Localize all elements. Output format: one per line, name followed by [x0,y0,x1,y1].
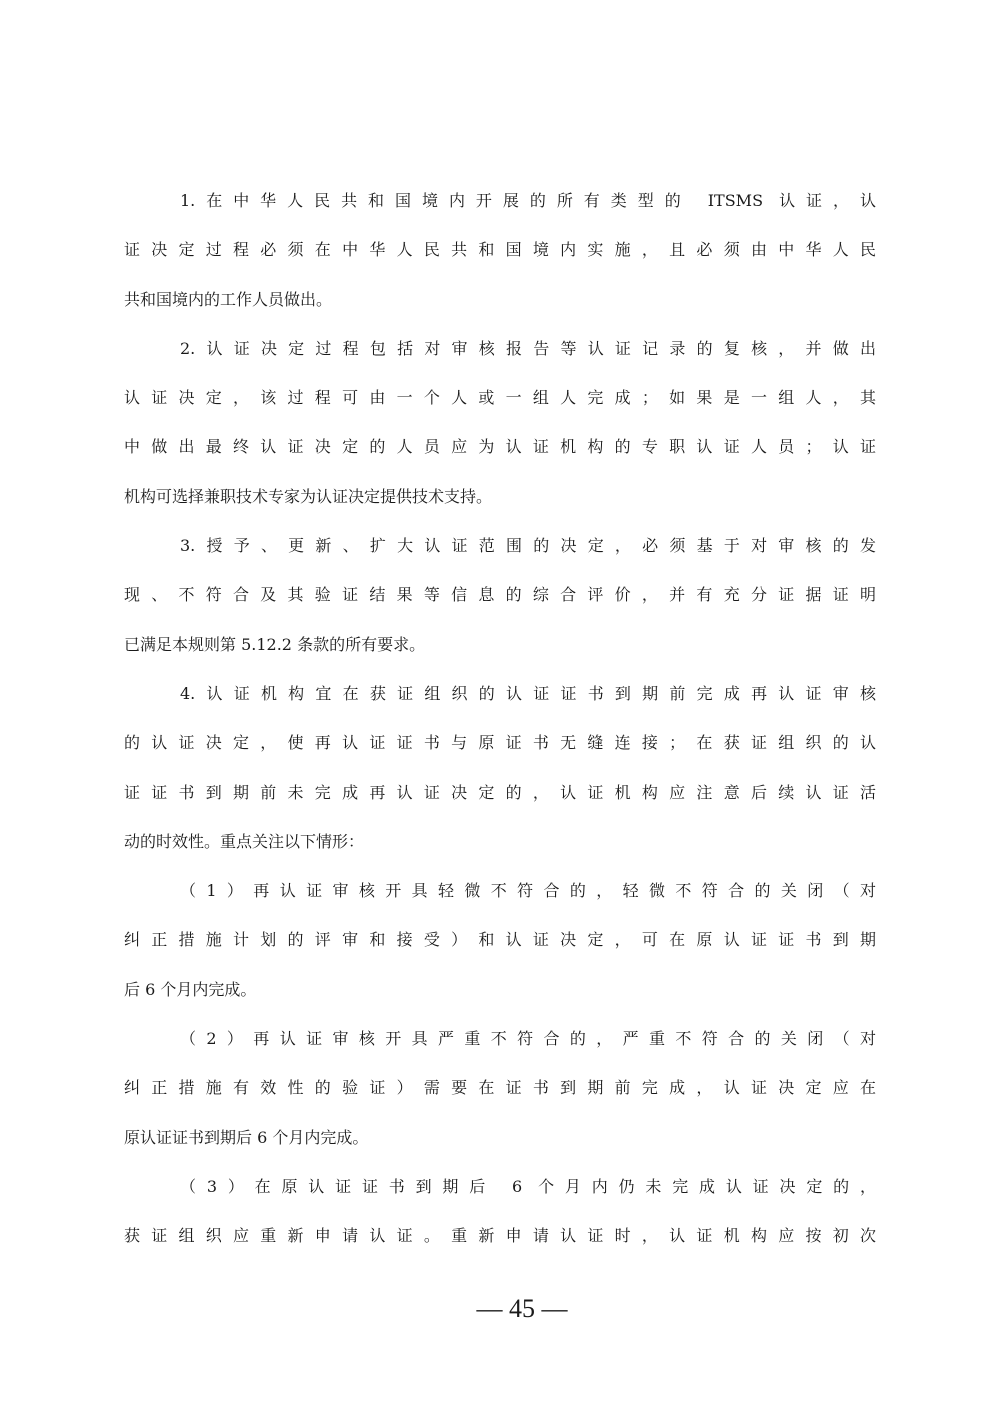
paragraph-4: 4.认证机构宜在获证组织的认证证书到期前完成再认证审核 的认证决定，使再认证证书… [124,669,876,866]
text-line: 的认证决定，使再认证证书与原证书无缝连接；在获证组织的认 [124,718,876,767]
paragraph-2: 2.认证决定过程包括对审核报告等认证记录的复核，并做出 认证决定，该过程可由一个… [124,324,876,521]
text-line: 2.认证决定过程包括对审核报告等认证记录的复核，并做出 [124,324,876,373]
text-line: 1.在中华人民共和国境内开展的所有类型的 ITSMS 认证，认 [124,176,876,225]
text-line: 4.认证机构宜在获证组织的认证证书到期前完成再认证审核 [124,669,876,718]
paragraph-3: 3.授予、更新、扩大认证范围的决定，必须基于对审核的发 现、不符合及其验证结果等… [124,521,876,669]
document-page: 1.在中华人民共和国境内开展的所有类型的 ITSMS 认证，认 证决定过程必须在… [0,0,1000,1414]
text-line: 证决定过程必须在中华人民共和国境内实施，且必须由中华人民 [124,225,876,274]
text-line: 后 6 个月内完成。 [124,965,876,1014]
text-line: 纠正措施计划的评审和接受）和认证决定，可在原认证证书到期 [124,915,876,964]
paragraph-1: 1.在中华人民共和国境内开展的所有类型的 ITSMS 认证，认 证决定过程必须在… [124,176,876,324]
text-line: （1）再认证审核开具轻微不符合的，轻微不符合的关闭（对 [124,866,876,915]
text-line: （2）再认证审核开具严重不符合的，严重不符合的关闭（对 [124,1014,876,1063]
text-line: 动的时效性。重点关注以下情形： [124,817,876,866]
document-body: 1.在中华人民共和国境内开展的所有类型的 ITSMS 认证，认 证决定过程必须在… [124,176,876,1261]
paragraph-4-item-1: （1）再认证审核开具轻微不符合的，轻微不符合的关闭（对 纠正措施计划的评审和接受… [124,866,876,1014]
text-line: 3.授予、更新、扩大认证范围的决定，必须基于对审核的发 [124,521,876,570]
text-line: 认证决定，该过程可由一个人或一组人完成；如果是一组人，其 [124,373,876,422]
text-line: 已满足本规则第 5.12.2 条款的所有要求。 [124,620,876,669]
paragraph-4-item-3: （3）在原认证证书到期后 6 个月内仍未完成认证决定的， 获证组织应重新申请认证… [124,1162,876,1261]
text-line: 原认证证书到期后 6 个月内完成。 [124,1113,876,1162]
text-line: 机构可选择兼职技术专家为认证决定提供技术支持。 [124,472,876,521]
text-line: 获证组织应重新申请认证。重新申请认证时，认证机构应按初次 [124,1211,876,1260]
text-line: 中做出最终认证决定的人员应为认证机构的专职认证人员；认证 [124,422,876,471]
text-line: 证证书到期前未完成再认证决定的，认证机构应注意后续认证活 [124,768,876,817]
paragraph-4-item-2: （2）再认证审核开具严重不符合的，严重不符合的关闭（对 纠正措施有效性的验证）需… [124,1014,876,1162]
page-number: — 45 — [0,1294,1000,1324]
text-line: （3）在原认证证书到期后 6 个月内仍未完成认证决定的， [124,1162,876,1211]
text-line: 共和国境内的工作人员做出。 [124,275,876,324]
text-line: 纠正措施有效性的验证）需要在证书到期前完成，认证决定应在 [124,1063,876,1112]
text-line: 现、不符合及其验证结果等信息的综合评价，并有充分证据证明 [124,570,876,619]
